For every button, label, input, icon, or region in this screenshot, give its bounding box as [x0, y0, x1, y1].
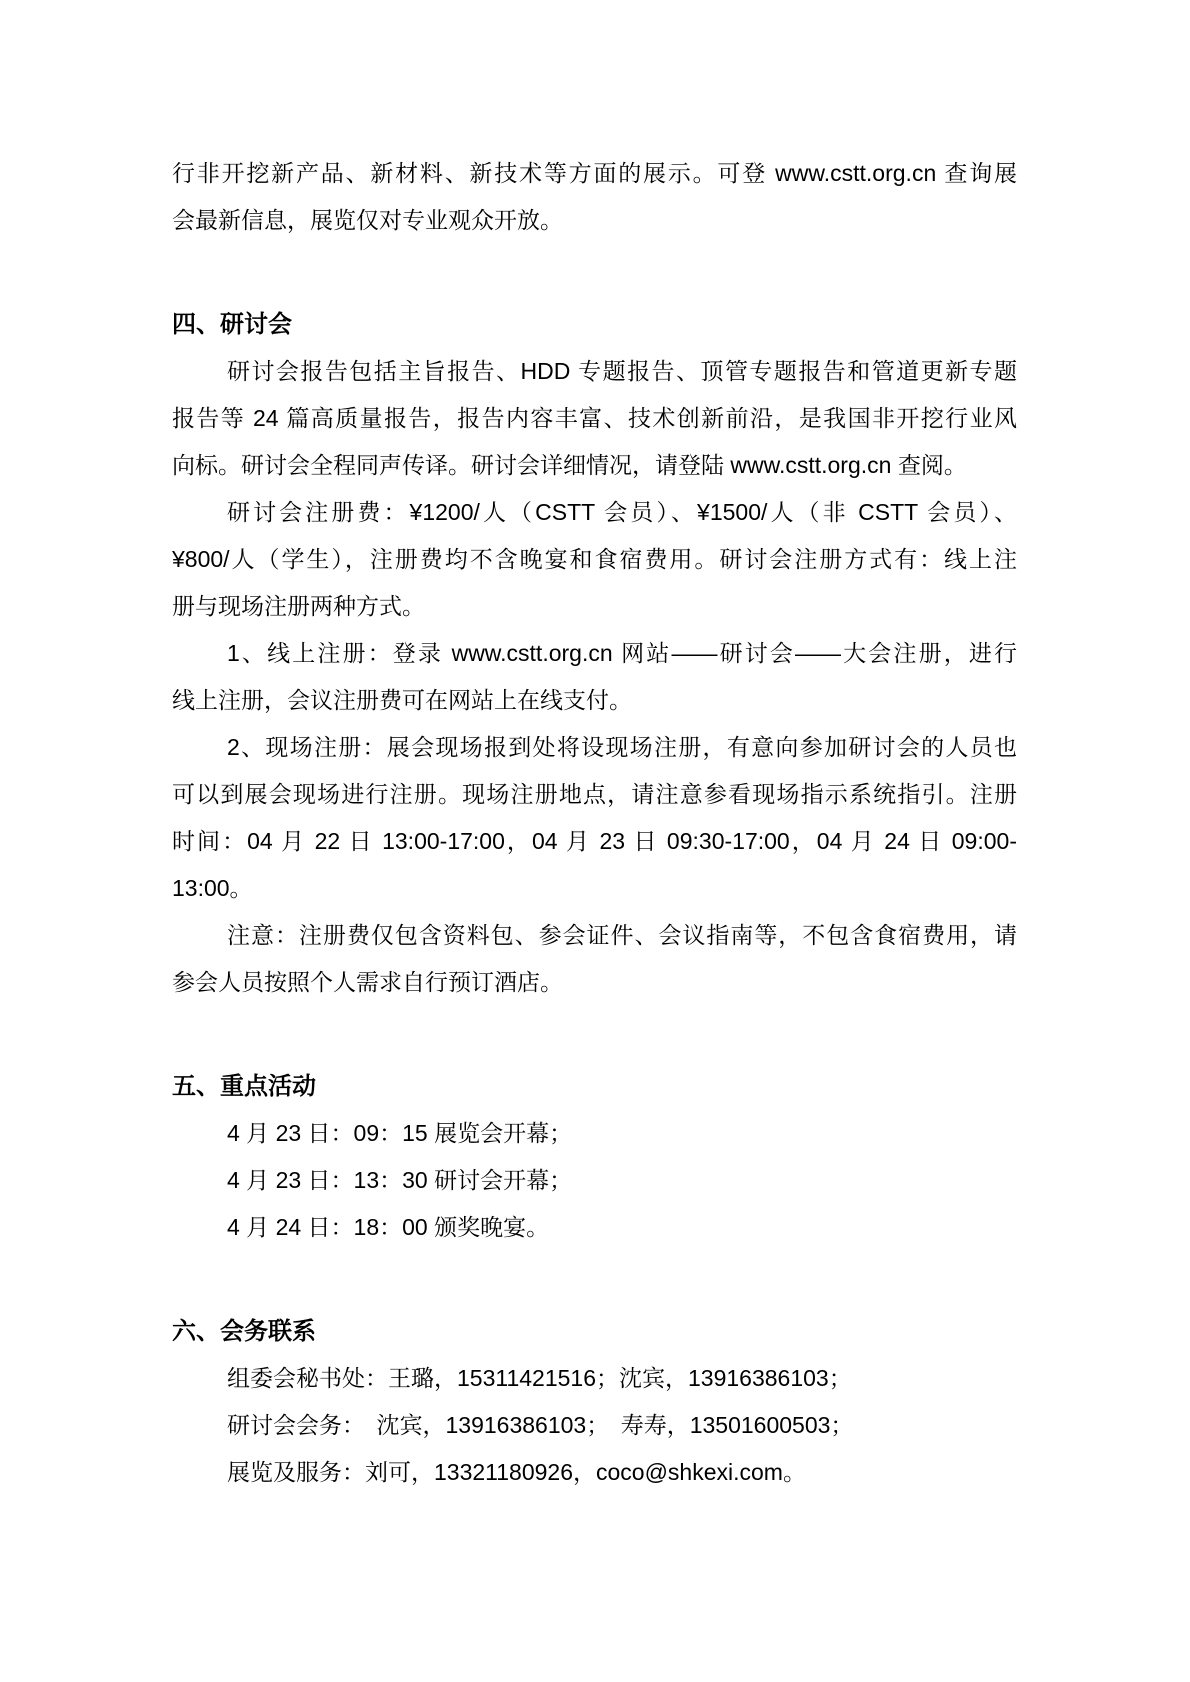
section-heading-contacts: 六、会务联系: [172, 1308, 1017, 1355]
onsite-registration-paragraph-line: 可以到展会现场进行注册。现场注册地点，请注意参看现场指示系统指引。注册: [172, 771, 1017, 818]
section-heading-key-activities: 五、重点活动: [172, 1063, 1017, 1110]
registration-fee-paragraph-line: 册与现场注册两种方式。: [172, 583, 1017, 630]
contacts-list-line: 研讨会会务： 沈宾，13916386103； 寿寿，13501600503；: [172, 1402, 1017, 1449]
seminar-intro-paragraph-line: 报告等 24 篇高质量报告，报告内容丰富、技术创新前沿，是我国非开挖行业风: [172, 395, 1017, 442]
document-body: 行非开挖新产品、新材料、新技术等方面的展示。可登 www.cstt.org.cn…: [172, 150, 1017, 1496]
onsite-registration-paragraph-line: 2、现场注册：展会现场报到处将设现场注册，有意向参加研讨会的人员也: [172, 724, 1017, 771]
key-activities-list-line: 4 月 23 日：13：30 研讨会开幕；: [172, 1157, 1017, 1204]
paragraph-spacer: [172, 244, 1017, 291]
key-activities-list-line: 4 月 23 日：09：15 展览会开幕；: [172, 1110, 1017, 1157]
onsite-registration-paragraph-line: 13:00。: [172, 865, 1017, 912]
seminar-intro-paragraph-line: 研讨会报告包括主旨报告、HDD 专题报告、顶管专题报告和管道更新专题: [172, 348, 1017, 395]
key-activities-list-line: 4 月 24 日：18：00 颁奖晚宴。: [172, 1204, 1017, 1251]
paragraph-spacer: [172, 1251, 1017, 1298]
section-heading-seminar: 四、研讨会: [172, 301, 1017, 348]
registration-fee-paragraph-line: ¥800/人（学生），注册费均不含晚宴和食宿费用。研讨会注册方式有：线上注: [172, 536, 1017, 583]
registration-fee-paragraph-line: 研讨会注册费：¥1200/人（CSTT 会员）、¥1500/人（非 CSTT 会…: [172, 489, 1017, 536]
exhibition-paragraph-continued-line: 会最新信息，展览仅对专业观众开放。: [172, 197, 1017, 244]
online-registration-paragraph-line: 线上注册，会议注册费可在网站上在线支付。: [172, 677, 1017, 724]
online-registration-paragraph-line: 1、线上注册：登录 www.cstt.org.cn 网站——研讨会——大会注册，…: [172, 630, 1017, 677]
registration-note-paragraph-line: 注意：注册费仅包含资料包、参会证件、会议指南等，不包含食宿费用，请: [172, 912, 1017, 959]
onsite-registration-paragraph-line: 时间：04 月 22 日 13:00-17:00，04 月 23 日 09:30…: [172, 818, 1017, 865]
contacts-list-line: 组委会秘书处：王璐，15311421516；沈宾，13916386103；: [172, 1355, 1017, 1402]
paragraph-spacer: [172, 1006, 1017, 1053]
document-page: 行非开挖新产品、新材料、新技术等方面的展示。可登 www.cstt.org.cn…: [0, 0, 1190, 1682]
exhibition-paragraph-continued-line: 行非开挖新产品、新材料、新技术等方面的展示。可登 www.cstt.org.cn…: [172, 150, 1017, 197]
contacts-list-line: 展览及服务：刘可，13321180926，coco@shkexi.com。: [172, 1449, 1017, 1496]
seminar-intro-paragraph-line: 向标。研讨会全程同声传译。研讨会详细情况，请登陆 www.cstt.org.cn…: [172, 442, 1017, 489]
registration-note-paragraph-line: 参会人员按照个人需求自行预订酒店。: [172, 959, 1017, 1006]
